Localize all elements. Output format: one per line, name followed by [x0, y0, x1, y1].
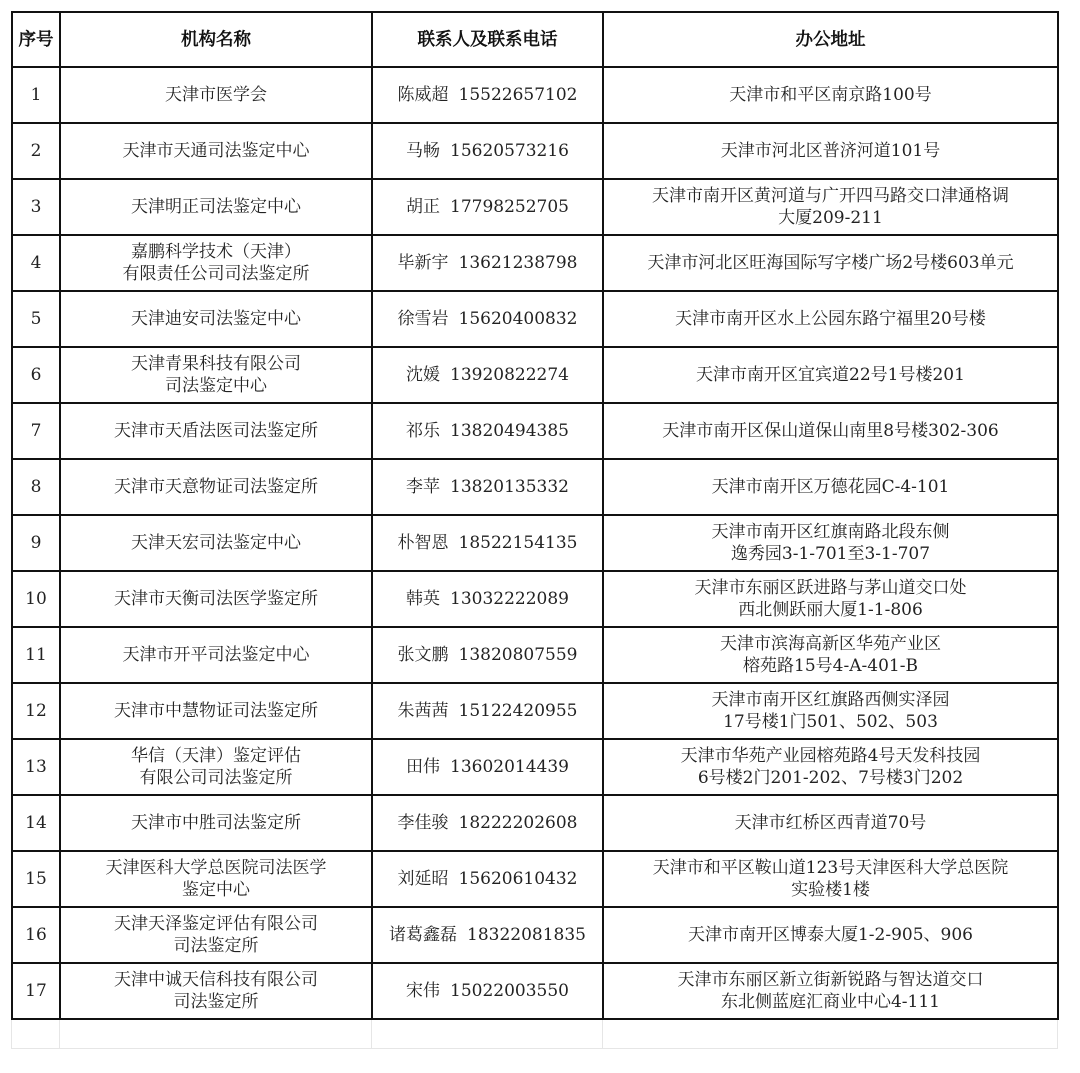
header-index: 序号 [12, 12, 60, 67]
row-index: 3 [12, 179, 60, 235]
contact-person: 宋伟 [406, 981, 440, 1001]
contact-phone: 13602014439 [450, 757, 569, 777]
contact-phone: 13820494385 [450, 421, 569, 441]
address-cell: 天津市南开区红旗路西侧实泽园17号楼1门501、502、503 [603, 683, 1058, 739]
row-index: 15 [12, 851, 60, 907]
address-cell: 天津市南开区红旗南路北段东侧逸秀园3-1-701至3-1-707 [603, 515, 1058, 571]
address-line: 东北侧蓝庭汇商业中心4-111 [606, 991, 1055, 1013]
institution-name-line: 司法鉴定中心 [63, 375, 369, 397]
address-cell: 天津市南开区黄河道与广开四马路交口津通格调大厦209-211 [603, 179, 1058, 235]
address-line: 天津市南开区红旗南路北段东侧 [606, 521, 1055, 543]
contact-person: 沈媛 [406, 365, 440, 385]
institution-name-line: 鉴定中心 [63, 879, 369, 901]
contact-cell: 诸葛鑫磊18322081835 [372, 907, 603, 963]
contact-cell: 田伟13602014439 [372, 739, 603, 795]
address-cell: 天津市南开区保山道保山南里8号楼302-306 [603, 403, 1058, 459]
row-index: 10 [12, 571, 60, 627]
table-row: 2天津市天通司法鉴定中心马畅15620573216天津市河北区普济河道101号 [12, 123, 1058, 179]
address-line: 天津市南开区保山道保山南里8号楼302-306 [606, 420, 1055, 442]
address-line: 天津市南开区宜宾道22号1号楼201 [606, 364, 1055, 386]
contact-phone: 15022003550 [450, 981, 569, 1001]
institution-name-cell: 天津天泽鉴定评估有限公司司法鉴定所 [60, 907, 372, 963]
contact-phone: 13820807559 [459, 645, 578, 665]
row-index: 8 [12, 459, 60, 515]
address-cell: 天津市和平区南京路100号 [603, 67, 1058, 123]
row-index: 7 [12, 403, 60, 459]
table-row: 6天津青果科技有限公司司法鉴定中心沈媛13920822274天津市南开区宜宾道2… [12, 347, 1058, 403]
address-cell: 天津市河北区旺海国际写字楼广场2号楼603单元 [603, 235, 1058, 291]
contact-cell: 宋伟15022003550 [372, 963, 603, 1019]
header-institution-name: 机构名称 [60, 12, 372, 67]
contact-phone: 18522154135 [459, 533, 578, 553]
contact-cell: 李苹13820135332 [372, 459, 603, 515]
institution-name-line: 司法鉴定所 [63, 935, 369, 957]
institution-name-cell: 天津青果科技有限公司司法鉴定中心 [60, 347, 372, 403]
address-line: 天津市东丽区新立街新锐路与智达道交口 [606, 969, 1055, 991]
contact-person: 诸葛鑫磊 [389, 925, 457, 945]
institution-name-line: 嘉鹏科学技术（天津） [63, 241, 369, 263]
address-cell: 天津市和平区鞍山道123号天津医科大学总医院实验楼1楼 [603, 851, 1058, 907]
institution-name-line: 天津青果科技有限公司 [63, 353, 369, 375]
institution-name-line: 天津市天通司法鉴定中心 [63, 140, 369, 162]
institution-name-cell: 天津市天衡司法医学鉴定所 [60, 571, 372, 627]
contact-person: 刘延昭 [398, 869, 449, 889]
address-line: 天津市滨海高新区华苑产业区 [606, 633, 1055, 655]
address-cell: 天津市河北区普济河道101号 [603, 123, 1058, 179]
contact-cell: 李佳骏18222202608 [372, 795, 603, 851]
address-cell: 天津市东丽区新立街新锐路与智达道交口东北侧蓝庭汇商业中心4-111 [603, 963, 1058, 1019]
institution-name-cell: 天津中诚天信科技有限公司司法鉴定所 [60, 963, 372, 1019]
row-index: 17 [12, 963, 60, 1019]
contact-cell: 马畅15620573216 [372, 123, 603, 179]
table-row: 1天津市医学会陈威超15522657102天津市和平区南京路100号 [12, 67, 1058, 123]
contact-person: 李苹 [406, 477, 440, 497]
contact-phone: 15620610432 [459, 869, 578, 889]
institution-name-cell: 天津市中慧物证司法鉴定所 [60, 683, 372, 739]
contact-cell: 朴智恩18522154135 [372, 515, 603, 571]
table-body: 1天津市医学会陈威超15522657102天津市和平区南京路100号2天津市天通… [12, 67, 1058, 1019]
contact-cell: 朱茜茜15122420955 [372, 683, 603, 739]
contact-phone: 15620400832 [459, 309, 578, 329]
contact-person: 胡正 [406, 197, 440, 217]
address-line: 天津市华苑产业园榕苑路4号天发科技园 [606, 745, 1055, 767]
address-cell: 天津市红桥区西青道70号 [603, 795, 1058, 851]
contact-phone: 13621238798 [459, 253, 578, 273]
contact-person: 徐雪岩 [398, 309, 449, 329]
table-row: 10天津市天衡司法医学鉴定所韩英13032222089天津市东丽区跃进路与茅山道… [12, 571, 1058, 627]
empty-trailing-row [11, 1020, 1058, 1049]
contact-phone: 17798252705 [450, 197, 569, 217]
table-row: 7天津市天盾法医司法鉴定所祁乐13820494385天津市南开区保山道保山南里8… [12, 403, 1058, 459]
address-line: 大厦209-211 [606, 207, 1055, 229]
address-cell: 天津市东丽区跃进路与茅山道交口处西北侧跃丽大厦1-1-806 [603, 571, 1058, 627]
empty-cell [372, 1020, 603, 1049]
contact-person: 张文鹏 [398, 645, 449, 665]
address-cell: 天津市华苑产业园榕苑路4号天发科技园6号楼2门201-202、7号楼3门202 [603, 739, 1058, 795]
empty-cell [60, 1020, 372, 1049]
institution-name-cell: 天津市天盾法医司法鉴定所 [60, 403, 372, 459]
contact-phone: 13820135332 [450, 477, 569, 497]
institution-name-cell: 天津明正司法鉴定中心 [60, 179, 372, 235]
institution-name-line: 有限公司司法鉴定所 [63, 767, 369, 789]
address-line: 天津市和平区鞍山道123号天津医科大学总医院 [606, 857, 1055, 879]
contact-person: 韩英 [406, 589, 440, 609]
contact-cell: 祁乐13820494385 [372, 403, 603, 459]
institution-table-container: 序号 机构名称 联系人及联系电话 办公地址 1天津市医学会陈威超15522657… [11, 11, 1059, 1049]
row-index: 1 [12, 67, 60, 123]
address-cell: 天津市滨海高新区华苑产业区榕苑路15号4-A-401-B [603, 627, 1058, 683]
institution-name-line: 天津天宏司法鉴定中心 [63, 532, 369, 554]
table-row: 12天津市中慧物证司法鉴定所朱茜茜15122420955天津市南开区红旗路西侧实… [12, 683, 1058, 739]
institution-name-line: 天津市中胜司法鉴定所 [63, 812, 369, 834]
contact-cell: 毕新宇13621238798 [372, 235, 603, 291]
institution-name-line: 天津医科大学总医院司法医学 [63, 857, 369, 879]
row-index: 11 [12, 627, 60, 683]
header-contact: 联系人及联系电话 [372, 12, 603, 67]
address-line: 天津市红桥区西青道70号 [606, 812, 1055, 834]
contact-person: 李佳骏 [398, 813, 449, 833]
contact-person: 陈威超 [398, 85, 449, 105]
institution-name-line: 有限责任公司司法鉴定所 [63, 263, 369, 285]
institution-name-line: 天津市中慧物证司法鉴定所 [63, 700, 369, 722]
row-index: 16 [12, 907, 60, 963]
table-row: 11天津市开平司法鉴定中心张文鹏13820807559天津市滨海高新区华苑产业区… [12, 627, 1058, 683]
institution-name-cell: 华信（天津）鉴定评估有限公司司法鉴定所 [60, 739, 372, 795]
contact-phone: 15522657102 [459, 85, 578, 105]
address-line: 天津市南开区红旗路西侧实泽园 [606, 689, 1055, 711]
institution-name-cell: 天津市天通司法鉴定中心 [60, 123, 372, 179]
address-line: 天津市河北区旺海国际写字楼广场2号楼603单元 [606, 252, 1055, 274]
table-row: 4嘉鹏科学技术（天津）有限责任公司司法鉴定所毕新宇13621238798天津市河… [12, 235, 1058, 291]
contact-person: 田伟 [406, 757, 440, 777]
institution-table: 序号 机构名称 联系人及联系电话 办公地址 1天津市医学会陈威超15522657… [11, 11, 1059, 1020]
address-line: 榕苑路15号4-A-401-B [606, 655, 1055, 677]
institution-name-cell: 天津市医学会 [60, 67, 372, 123]
table-row: 3天津明正司法鉴定中心胡正17798252705天津市南开区黄河道与广开四马路交… [12, 179, 1058, 235]
institution-name-line: 天津迪安司法鉴定中心 [63, 308, 369, 330]
address-line: 天津市南开区博泰大厦1-2-905、906 [606, 924, 1055, 946]
address-line: 17号楼1门501、502、503 [606, 711, 1055, 733]
contact-phone: 13032222089 [450, 589, 569, 609]
contact-phone: 13920822274 [450, 365, 569, 385]
contact-person: 毕新宇 [398, 253, 449, 273]
address-line: 实验楼1楼 [606, 879, 1055, 901]
institution-name-line: 天津中诚天信科技有限公司 [63, 969, 369, 991]
institution-name-line: 华信（天津）鉴定评估 [63, 745, 369, 767]
address-line: 天津市和平区南京路100号 [606, 84, 1055, 106]
institution-name-line: 天津市天盾法医司法鉴定所 [63, 420, 369, 442]
institution-name-line: 天津市天意物证司法鉴定所 [63, 476, 369, 498]
table-header-row: 序号 机构名称 联系人及联系电话 办公地址 [12, 12, 1058, 67]
row-index: 9 [12, 515, 60, 571]
contact-cell: 徐雪岩15620400832 [372, 291, 603, 347]
table-row: 15天津医科大学总医院司法医学鉴定中心刘延昭15620610432天津市和平区鞍… [12, 851, 1058, 907]
table-row: 9天津天宏司法鉴定中心朴智恩18522154135天津市南开区红旗南路北段东侧逸… [12, 515, 1058, 571]
address-cell: 天津市南开区水上公园东路宁福里20号楼 [603, 291, 1058, 347]
institution-name-line: 天津市天衡司法医学鉴定所 [63, 588, 369, 610]
address-line: 西北侧跃丽大厦1-1-806 [606, 599, 1055, 621]
table-row: 17天津中诚天信科技有限公司司法鉴定所宋伟15022003550天津市东丽区新立… [12, 963, 1058, 1019]
institution-name-cell: 天津市天意物证司法鉴定所 [60, 459, 372, 515]
contact-cell: 张文鹏13820807559 [372, 627, 603, 683]
address-line: 6号楼2门201-202、7号楼3门202 [606, 767, 1055, 789]
institution-name-cell: 天津市开平司法鉴定中心 [60, 627, 372, 683]
address-line: 天津市南开区水上公园东路宁福里20号楼 [606, 308, 1055, 330]
table-row: 13华信（天津）鉴定评估有限公司司法鉴定所田伟13602014439天津市华苑产… [12, 739, 1058, 795]
institution-name-cell: 天津迪安司法鉴定中心 [60, 291, 372, 347]
address-cell: 天津市南开区万德花园C-4-101 [603, 459, 1058, 515]
row-index: 12 [12, 683, 60, 739]
institution-name-cell: 天津天宏司法鉴定中心 [60, 515, 372, 571]
contact-cell: 陈威超15522657102 [372, 67, 603, 123]
address-line: 天津市东丽区跃进路与茅山道交口处 [606, 577, 1055, 599]
empty-cell [12, 1020, 60, 1049]
institution-name-cell: 嘉鹏科学技术（天津）有限责任公司司法鉴定所 [60, 235, 372, 291]
contact-person: 朴智恩 [398, 533, 449, 553]
table-row: 14天津市中胜司法鉴定所李佳骏18222202608天津市红桥区西青道70号 [12, 795, 1058, 851]
address-line: 天津市河北区普济河道101号 [606, 140, 1055, 162]
empty-cell [603, 1020, 1058, 1049]
institution-name-line: 司法鉴定所 [63, 991, 369, 1013]
contact-person: 祁乐 [406, 421, 440, 441]
row-index: 6 [12, 347, 60, 403]
address-cell: 天津市南开区博泰大厦1-2-905、906 [603, 907, 1058, 963]
institution-name-line: 天津市医学会 [63, 84, 369, 106]
address-line: 天津市南开区万德花园C-4-101 [606, 476, 1055, 498]
table-row: 8天津市天意物证司法鉴定所李苹13820135332天津市南开区万德花园C-4-… [12, 459, 1058, 515]
row-index: 5 [12, 291, 60, 347]
table-row: 5天津迪安司法鉴定中心徐雪岩15620400832天津市南开区水上公园东路宁福里… [12, 291, 1058, 347]
institution-name-cell: 天津市中胜司法鉴定所 [60, 795, 372, 851]
row-index: 14 [12, 795, 60, 851]
row-index: 4 [12, 235, 60, 291]
contact-person: 马畅 [406, 141, 440, 161]
contact-cell: 沈媛13920822274 [372, 347, 603, 403]
address-line: 逸秀园3-1-701至3-1-707 [606, 543, 1055, 565]
header-address: 办公地址 [603, 12, 1058, 67]
institution-name-line: 天津明正司法鉴定中心 [63, 196, 369, 218]
institution-name-cell: 天津医科大学总医院司法医学鉴定中心 [60, 851, 372, 907]
row-index: 13 [12, 739, 60, 795]
contact-cell: 韩英13032222089 [372, 571, 603, 627]
contact-phone: 15620573216 [450, 141, 569, 161]
contact-phone: 15122420955 [459, 701, 578, 721]
table-row: 16天津天泽鉴定评估有限公司司法鉴定所诸葛鑫磊18322081835天津市南开区… [12, 907, 1058, 963]
address-line: 天津市南开区黄河道与广开四马路交口津通格调 [606, 185, 1055, 207]
contact-person: 朱茜茜 [398, 701, 449, 721]
contact-phone: 18322081835 [467, 925, 586, 945]
row-index: 2 [12, 123, 60, 179]
contact-cell: 胡正17798252705 [372, 179, 603, 235]
institution-name-line: 天津市开平司法鉴定中心 [63, 644, 369, 666]
contact-phone: 18222202608 [459, 813, 578, 833]
institution-name-line: 天津天泽鉴定评估有限公司 [63, 913, 369, 935]
contact-cell: 刘延昭15620610432 [372, 851, 603, 907]
address-cell: 天津市南开区宜宾道22号1号楼201 [603, 347, 1058, 403]
